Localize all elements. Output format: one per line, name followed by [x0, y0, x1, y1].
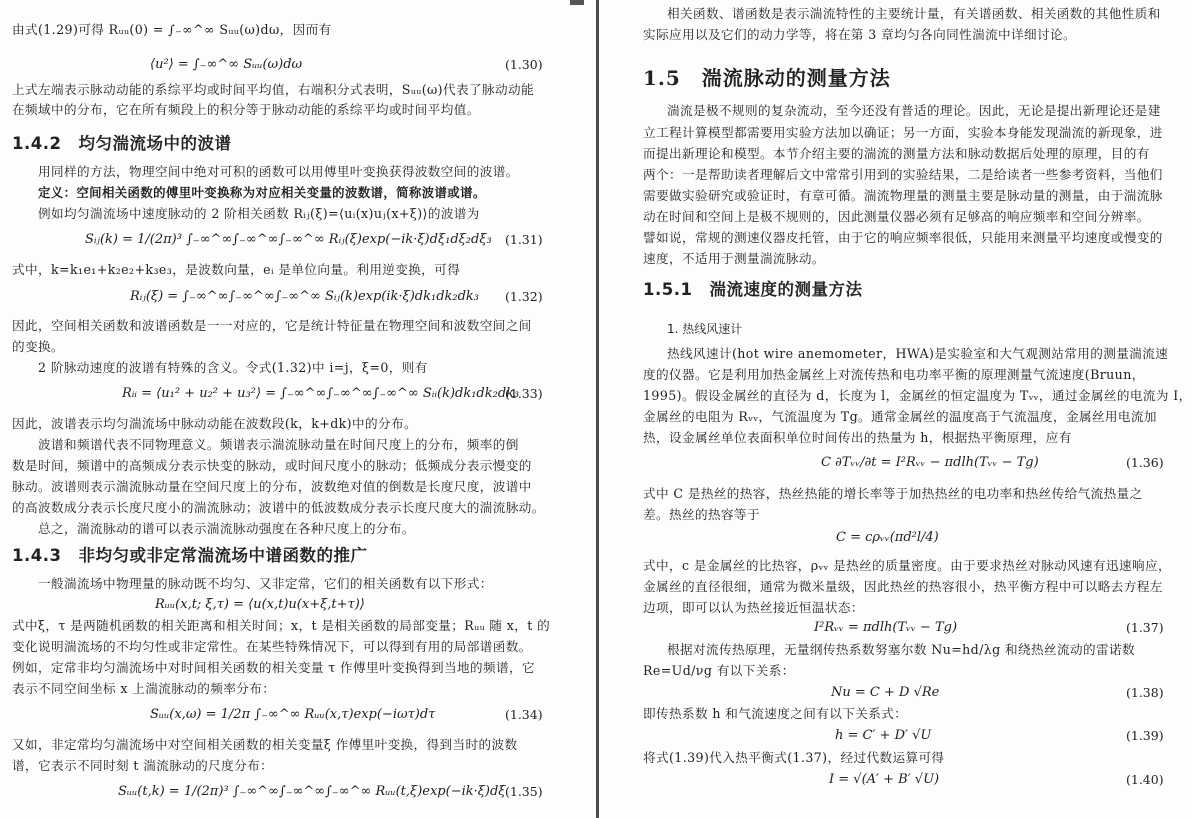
equation-number: (1.31)	[505, 232, 543, 247]
equation-1-32: Rᵢⱼ(ξ) = ∫₋∞^∞∫₋∞^∞∫₋∞^∞ Sᵢⱼ(k)exp(ik·ξ)…	[130, 289, 479, 304]
text-line: 譬如说，常规的测速仪器皮托管，由于它的响应频率很低，只能用来测量平均速度或慢变的	[643, 230, 1163, 246]
text-line: 因此，空间相关函数和波谱函数是一一对应的，它是统计特征量在物理空间和波数空间之间	[12, 318, 532, 334]
text-line: 度的仪器。它是利用加热金属丝上对流传热和电功率平衡的原理测量气流速度(Bruun…	[643, 367, 1145, 383]
subsection-heading: 1. 热线风速计	[667, 320, 742, 337]
equation-number: (1.38)	[1126, 685, 1164, 700]
text-line: 两个：一是帮助读者理解后文中常常引用到的实验结果，二是给读者一些参考资料，当他们	[643, 167, 1163, 183]
text-line: 又如，非定常均匀湍流场中对空间相关函数的相关变量ξ 作傅里叶变换，得到当时的波数	[12, 737, 518, 753]
equation-1-39: h = C′ + D′ √U	[835, 728, 931, 743]
equation-heat-capacity: C = cρᵥᵥ(πd²l/4)	[836, 530, 939, 545]
text-line: Re=Ud/νg 有以下关系：	[643, 663, 795, 679]
chapter-heading-1-5: 1.5 湍流脉动的测量方法	[643, 62, 891, 91]
equation-1-37: I²Rᵥᵥ = πdlh(Tᵥᵥ − Tg)	[814, 620, 957, 635]
text-line: 动在时间和空间上是极不规则的，因此测量仪器必须有足够高的响应频率和空间分辨率。	[643, 209, 1150, 225]
text-line: 相关函数、谱函数是表示湍流特性的主要统计量，有关谱函数、相关函数的其他性质和	[667, 6, 1161, 22]
text-line: 将式(1.39)代入热平衡式(1.37)，经过代数运算可得	[643, 750, 944, 766]
equation-number: (1.36)	[1126, 455, 1164, 470]
text-line: 立工程计算模型都需要用实验方法加以确证；另一方面，实验本身能发现湍流的新现象，进	[643, 125, 1163, 141]
text-line: 用同样的方法，物理空间中绝对可积的函数可以用傅里叶变换获得波数空间的波谱。	[38, 164, 519, 180]
text-line: 式中ξ，τ 是两随机函数的相关距离和相关时间；x，t 是相关函数的局部变量；Rᵤ…	[12, 618, 550, 634]
equation-1-30: ⟨u²⟩ = ∫₋∞^∞ Sᵤᵤ(ω)dω	[150, 57, 302, 72]
text-line: 上式左端表示脉动动能的系综平均或时间平均值，右端积分式表明，Sᵤᵤ(ω)代表了脉…	[12, 82, 534, 98]
text-line: 需要做实验研究或验证时，有章可循。湍流物理量的测量主要是脉动量的测量，由于湍流脉	[643, 188, 1163, 204]
text-line: 热，设金属丝单位表面积单位时间传出的热量为 h，根据热平衡原理，应有	[643, 430, 1072, 446]
section-heading-1-5-1: 1.5.1 湍流速度的测量方法	[643, 276, 862, 300]
text-line: 式中，c 是金属丝的比热容，ρᵥᵥ 是热丝的质量密度。由于要求热丝对脉动风速有迅…	[643, 558, 1171, 574]
text-line: 差。热丝的热容等于	[643, 507, 760, 523]
equation-number: (1.33)	[505, 386, 543, 401]
equation-1-34: Sᵤᵤ(x,ω) = 1/2π ∫₋∞^∞ Rᵤᵤ(x,τ)exp(−iωτ)d…	[150, 707, 435, 722]
text-line: 边项，即可以认为热丝接近恒温状态：	[643, 600, 864, 616]
text-line: 热线风速计(hot wire anemometer，HWA)是实验室和大气观测站…	[667, 346, 1168, 362]
equation-number: (1.40)	[1126, 772, 1164, 787]
text-line: 1995)。假设金属丝的直径为 d，长度为 l，金属丝的恒定温度为 Tᵥᵥ，通过…	[643, 388, 1192, 404]
equation-1-40: I = √(A′ + B′ √U)	[829, 772, 939, 787]
equation-correlation: Rᵤᵤ(x,t; ξ,τ) = ⟨u(x,t)u(x+ξ,t+τ)⟩	[155, 597, 365, 612]
section-heading-1-4-3: 1.4.3 非均匀或非定常湍流场中谱函数的推广	[12, 542, 367, 566]
equation-number: (1.39)	[1126, 728, 1164, 743]
equation-number: (1.34)	[505, 707, 543, 722]
page-corner-mark	[570, 0, 584, 5]
text-line: 速度，不适用于测量湍流脉动。	[643, 251, 825, 267]
text-line: 式中 C 是热丝的热容，热丝热能的增长率等于加热热丝的电功率和热丝传给气流热量之	[643, 486, 1143, 502]
text-line: 2 阶脉动速度的波谱有特殊的含义。令式(1.32)中 i=j，ξ=0，则有	[38, 360, 428, 376]
text-line: 金属丝的电阻为 Rᵥᵥ，气流温度为 Tg。通常金属丝的温度高于气流温度，金属丝用…	[643, 409, 1157, 425]
equation-number: (1.35)	[505, 784, 543, 799]
text-line: 金属丝的直径很细，通常为微米量级，因此热丝的热容很小，热平衡方程中可以略去方程左	[643, 579, 1163, 595]
text-line: 脉动。波谱则表示湍流脉动量在空间尺度上的分布，波数绝对值的倒数是长度尺度，波谱中	[12, 479, 532, 495]
text-line: 例如，定常非均匀湍流场中对时间相关函数的相关变量 τ 作傅里叶变换得到当地的频谱…	[12, 660, 535, 676]
equation-number: (1.32)	[505, 289, 543, 304]
equation-1-33: Rᵢᵢ = ⟨u₁² + u₂² + u₃²⟩ = ∫₋∞^∞∫₋∞^∞∫₋∞^…	[122, 386, 519, 401]
equation-1-31: Sᵢⱼ(k) = 1/(2π)³ ∫₋∞^∞∫₋∞^∞∫₋∞^∞ Rᵢⱼ(ξ)e…	[85, 232, 492, 247]
text-line: 表示不同空间坐标 x 上湍流脉动的频率分布：	[12, 681, 275, 697]
text-line: 根据对流传热原理，无量纲传热系数努塞尔数 Nu=hd/λg 和绕热丝流动的雷诺数	[667, 642, 1135, 658]
equation-number: (1.37)	[1126, 620, 1164, 635]
text-line: 的变换。	[12, 339, 64, 355]
equation-1-38: Nu = C + D √Re	[831, 685, 939, 700]
text-line: 的高波数成分表示长度尺度小的湍流脉动；波谱中的低波数成分表示长度尺度大的湍流脉动…	[12, 500, 545, 516]
text-line: 一般湍流场中物理量的脉动既不均匀、又非定常，它们的相关函数有以下形式：	[38, 576, 493, 592]
text-line: 谱，它表示不同时刻 t 湍流脉动的尺度分布：	[12, 758, 273, 774]
left-page: 由式(1.29)可得 Rᵤᵤ(0) = ∫₋∞^∞ Sᵤᵤ(ω)dω，因而有 ⟨…	[0, 0, 596, 818]
text-line: 在频域中的分布，它在所有频段上的积分等于脉动动能的系综平均或时间平均值。	[12, 102, 480, 118]
text-line: 变化说明湍流场的不均匀性或非定常性。在某些特殊情况下，可以得到有用的局部谱函数。	[12, 639, 532, 655]
definition-text: 定义：空间相关函数的傅里叶变换称为对应相关变量的波数谱，简称波谱或谱。	[38, 185, 486, 201]
text-line: 因此，波谱表示均匀湍流场中脉动动能在波数段(k，k+dk)中的分布。	[12, 416, 417, 432]
text-line: 由式(1.29)可得 Rᵤᵤ(0) = ∫₋∞^∞ Sᵤᵤ(ω)dω，因而有	[12, 22, 332, 38]
section-heading-1-4-2: 1.4.2 均匀湍流场中的波谱	[12, 130, 231, 154]
text-line: 即传热系数 h 和气流速度之间有以下关系式：	[643, 706, 907, 722]
text-line: 式中，k=k₁e₁+k₂e₂+k₃e₃，是波数向量，eᵢ 是单位向量。利用逆变换…	[12, 262, 460, 278]
text-line: 波谱和频谱代表不同物理意义。频谱表示湍流脉动量在时间尺度上的分布，频率的倒	[38, 437, 519, 453]
text-line: 而提出新理论和模型。本节介绍主要的湍流的测量方法和脉动数据后处理的原理，目的有	[643, 146, 1150, 162]
text-line: 实际应用以及它们的动力学等，将在第 3 章均匀各向同性湍流中详细讨论。	[643, 27, 1076, 43]
text-line: 数是时间，频谱中的高频成分表示快变的脉动，或时间尺度小的脉动；低频成分表示慢变的	[12, 458, 532, 474]
equation-1-36: C ∂Tᵥᵥ/∂t = I²Rᵥᵥ − πdlh(Tᵥᵥ − Tg)	[821, 455, 1039, 470]
equation-number: (1.30)	[505, 57, 543, 72]
text-line: 湍流是极不规则的复杂流动，至今还没有普适的理论。因此，无论是提出新理论还是建	[667, 103, 1161, 119]
text-line: 例如均匀湍流场中速度脉动的 2 阶相关函数 Rᵢⱼ(ξ)=⟨uᵢ(x)uⱼ(x+…	[38, 206, 480, 222]
text-line: 总之，湍流脉动的谱可以表示湍流脉动强度在各种尺度上的分布。	[38, 521, 415, 537]
right-page: 相关函数、谱函数是表示湍流特性的主要统计量，有关谱函数、相关函数的其他性质和 实…	[599, 0, 1193, 818]
equation-1-35: Sᵤᵤ(t,k) = 1/(2π)³ ∫₋∞^∞∫₋∞^∞∫₋∞^∞ Rᵤᵤ(t…	[118, 784, 505, 799]
